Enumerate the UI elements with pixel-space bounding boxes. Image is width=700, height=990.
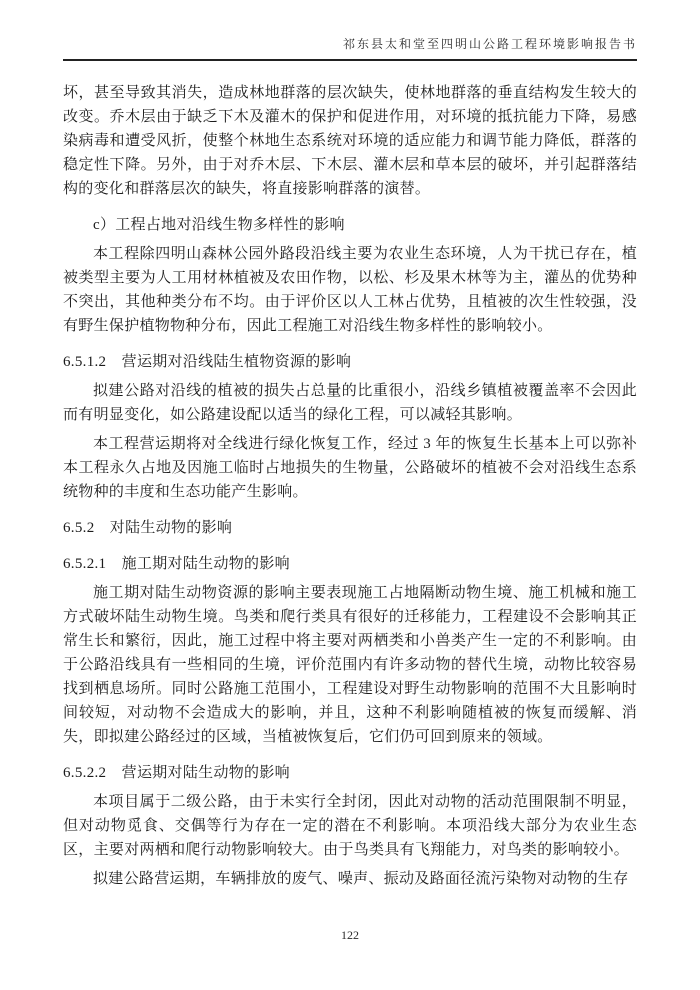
page-number: 122	[341, 928, 359, 942]
running-header-title: 祁东县太和堂至四明山公路工程环境影响报告书	[63, 36, 637, 52]
paragraph-vegetation-loss: 拟建公路对沿线的植被的损失占总量的比重很小，沿线乡镇植被覆盖率不会因此而有明显变…	[63, 379, 637, 427]
page-header: 祁东县太和堂至四明山公路工程环境影响报告书	[63, 36, 637, 61]
heading-6-5-2-1-construction-period-animals: 6.5.2.1 施工期对陆生动物的影响	[63, 552, 637, 576]
header-rule	[63, 59, 637, 61]
paragraph-greening-recovery: 本工程营运期将对全线进行绿化恢复工作，经过 3 年的恢复生长基本上可以弥补本工程…	[63, 432, 637, 504]
document-body: 坏，甚至导致其消失，造成林地群落的层次缺失，使林地群落的垂直结构发生较大的改变。…	[63, 81, 637, 891]
document-page: 祁东县太和堂至四明山公路工程环境影响报告书 坏，甚至导致其消失，造成林地群落的层…	[0, 0, 700, 990]
paragraph-forest-community-damage: 坏，甚至导致其消失，造成林地群落的层次缺失，使林地群落的垂直结构发生较大的改变。…	[63, 81, 637, 201]
heading-c-land-occupation-biodiversity: c）工程占地对沿线生物多样性的影响	[63, 213, 637, 237]
paragraph-vehicle-pollution-animals: 拟建公路营运期，车辆排放的废气、噪声、振动及路面径流污染物对动物的生存	[63, 867, 637, 891]
paragraph-biodiversity-impact: 本工程除四明山森林公园外路段沿线主要为农业生态环境，人为干扰已存在，植被类型主要…	[63, 242, 637, 338]
heading-6-5-2-terrestrial-animals: 6.5.2 对陆生动物的影响	[63, 516, 637, 540]
paragraph-construction-animal-impact: 施工期对陆生动物资源的影响主要表现施工占地隔断动物生境、施工机械和施工方式破坏陆…	[63, 581, 637, 749]
heading-6-5-1-2-operation-period-vegetation: 6.5.1.2 营运期对沿线陆生植物资源的影响	[63, 350, 637, 374]
heading-6-5-2-2-operation-period-animals: 6.5.2.2 营运期对陆生动物的影响	[63, 761, 637, 785]
paragraph-operation-animal-impact: 本项目属于二级公路，由于未实行全封闭，因此对动物的活动范围限制不明显，但对动物觅…	[63, 790, 637, 862]
page-footer: 122	[0, 926, 700, 944]
